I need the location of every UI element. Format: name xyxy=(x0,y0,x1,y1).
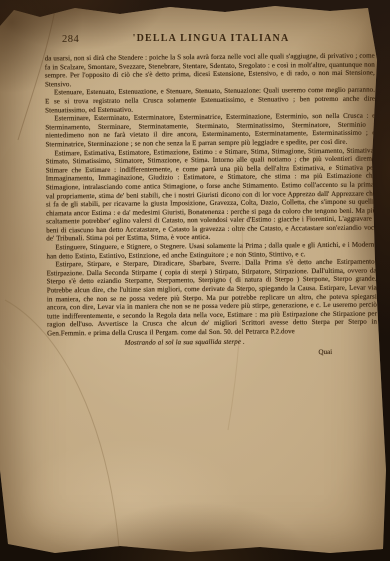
catchword: Quai xyxy=(47,348,377,359)
paragraph-estenuare: Estenuare, Estenuato, Estenuazione, e St… xyxy=(45,86,375,115)
scanned-book-page: 284 'DELLA LINGUA ITALIANA da usarsi, no… xyxy=(0,0,390,561)
running-title: 'DELLA LINGUA ITALIANA xyxy=(46,33,376,44)
paper-light-patch-bottom-left xyxy=(20,440,240,560)
page-header: 284 'DELLA LINGUA ITALIANA xyxy=(46,33,376,47)
verse-line: Mostrando al sol la sua squallida sterpe… xyxy=(47,337,322,348)
paper-page: 284 'DELLA LINGUA ITALIANA da usarsi, no… xyxy=(0,0,390,561)
text-block: da usarsi, non si dirà che Stendere : po… xyxy=(45,52,378,360)
paragraph-stendere: da usarsi, non si dirà che Stendere : po… xyxy=(45,52,375,89)
paragraph-esterminare: Esterminare, Esterminato, Esterminatore,… xyxy=(45,112,375,149)
paragraph-estimare: Estimare, Estimativa, Estimatore, Estima… xyxy=(46,146,377,243)
paragraph-estirpare: Estirpare, Stirpare, e Sterpare, Diradic… xyxy=(46,258,377,338)
